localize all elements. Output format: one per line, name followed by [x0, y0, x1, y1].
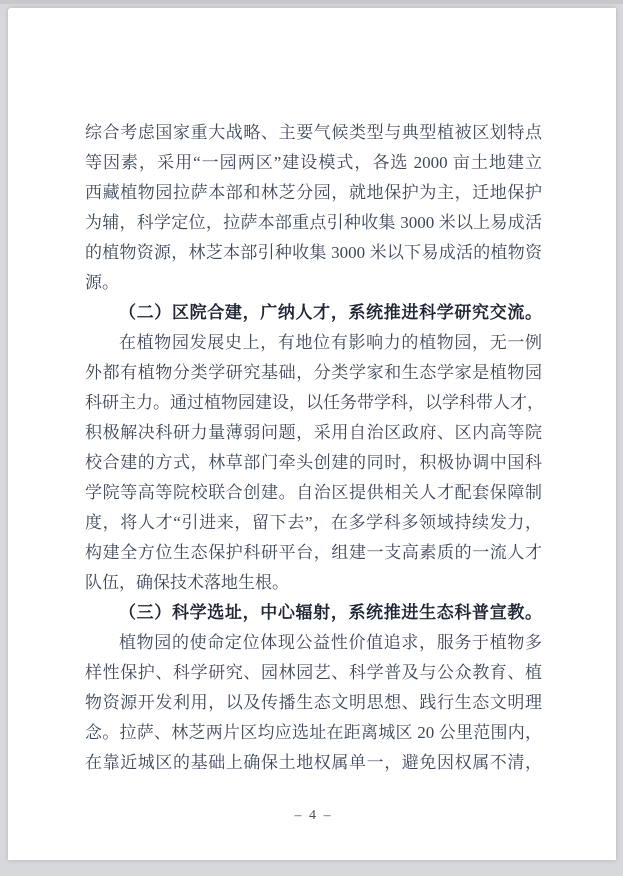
body-line: 植物园的使命定位体现公益性价值追求，服务于植物多	[85, 628, 542, 658]
body-line: 外都有植物分类学研究基础，分类学家和生态学家是植物园	[85, 358, 542, 388]
body-line: 物资源开发利用，以及传播生态文明思想、践行生态文明理	[85, 688, 542, 718]
body-line: 构建全方位生态保护科研平台，组建一支高素质的一流人才	[85, 538, 542, 568]
document-page: 综合考虑国家重大战略、主要气候类型与典型植被区划特点 等因素，采用“一园两区”建…	[8, 8, 616, 860]
document-body: 综合考虑国家重大战略、主要气候类型与典型植被区划特点 等因素，采用“一园两区”建…	[85, 118, 542, 778]
body-line: 源。	[85, 268, 542, 298]
section-heading-3: （三）科学选址，中心辐射，系统推进生态科普宣教。	[85, 598, 542, 628]
body-line: 在植物园发展史上，有地位有影响力的植物园，无一例	[85, 328, 542, 358]
body-line: 为辅，科学定位，拉萨本部重点引种收集 3000 米以上易成活	[85, 208, 542, 238]
body-line: 校合建的方式，林草部门牵头创建的同时，积极协调中国科	[85, 448, 542, 478]
body-line: 学院等高等院校联合创建。自治区提供相关人才配套保障制	[85, 478, 542, 508]
body-line: 的植物资源，林芝本部引种收集 3000 米以下易成活的植物资	[85, 238, 542, 268]
page-background: 综合考虑国家重大战略、主要气候类型与典型植被区划特点 等因素，采用“一园两区”建…	[0, 0, 623, 876]
body-line: 积极解决科研力量薄弱问题，采用自治区政府、区内高等院	[85, 418, 542, 448]
body-line: 念。拉萨、林芝两片区均应选址在距离城区 20 公里范围内，	[85, 718, 542, 748]
body-line: 样性保护、科学研究、园林园艺、科学普及与公众教育、植	[85, 658, 542, 688]
body-line: 综合考虑国家重大战略、主要气候类型与典型植被区划特点	[85, 118, 542, 148]
body-line: 科研主力。通过植物园建设，以任务带学科，以学科带人才，	[85, 388, 542, 418]
body-line: 度，将人才“引进来，留下去”，在多学科多领域持续发力，	[85, 508, 542, 538]
page-number: – 4 –	[85, 808, 542, 824]
section-heading-2: （二）区院合建，广纳人才，系统推进科学研究交流。	[85, 298, 542, 328]
body-line: 等因素，采用“一园两区”建设模式，各选 2000 亩土地建立	[85, 148, 542, 178]
body-line: 队伍，确保技术落地生根。	[85, 568, 542, 598]
body-line: 在靠近城区的基础上确保土地权属单一，避免因权属不清，	[85, 748, 542, 778]
body-line: 西藏植物园拉萨本部和林芝分园，就地保护为主，迁地保护	[85, 178, 542, 208]
